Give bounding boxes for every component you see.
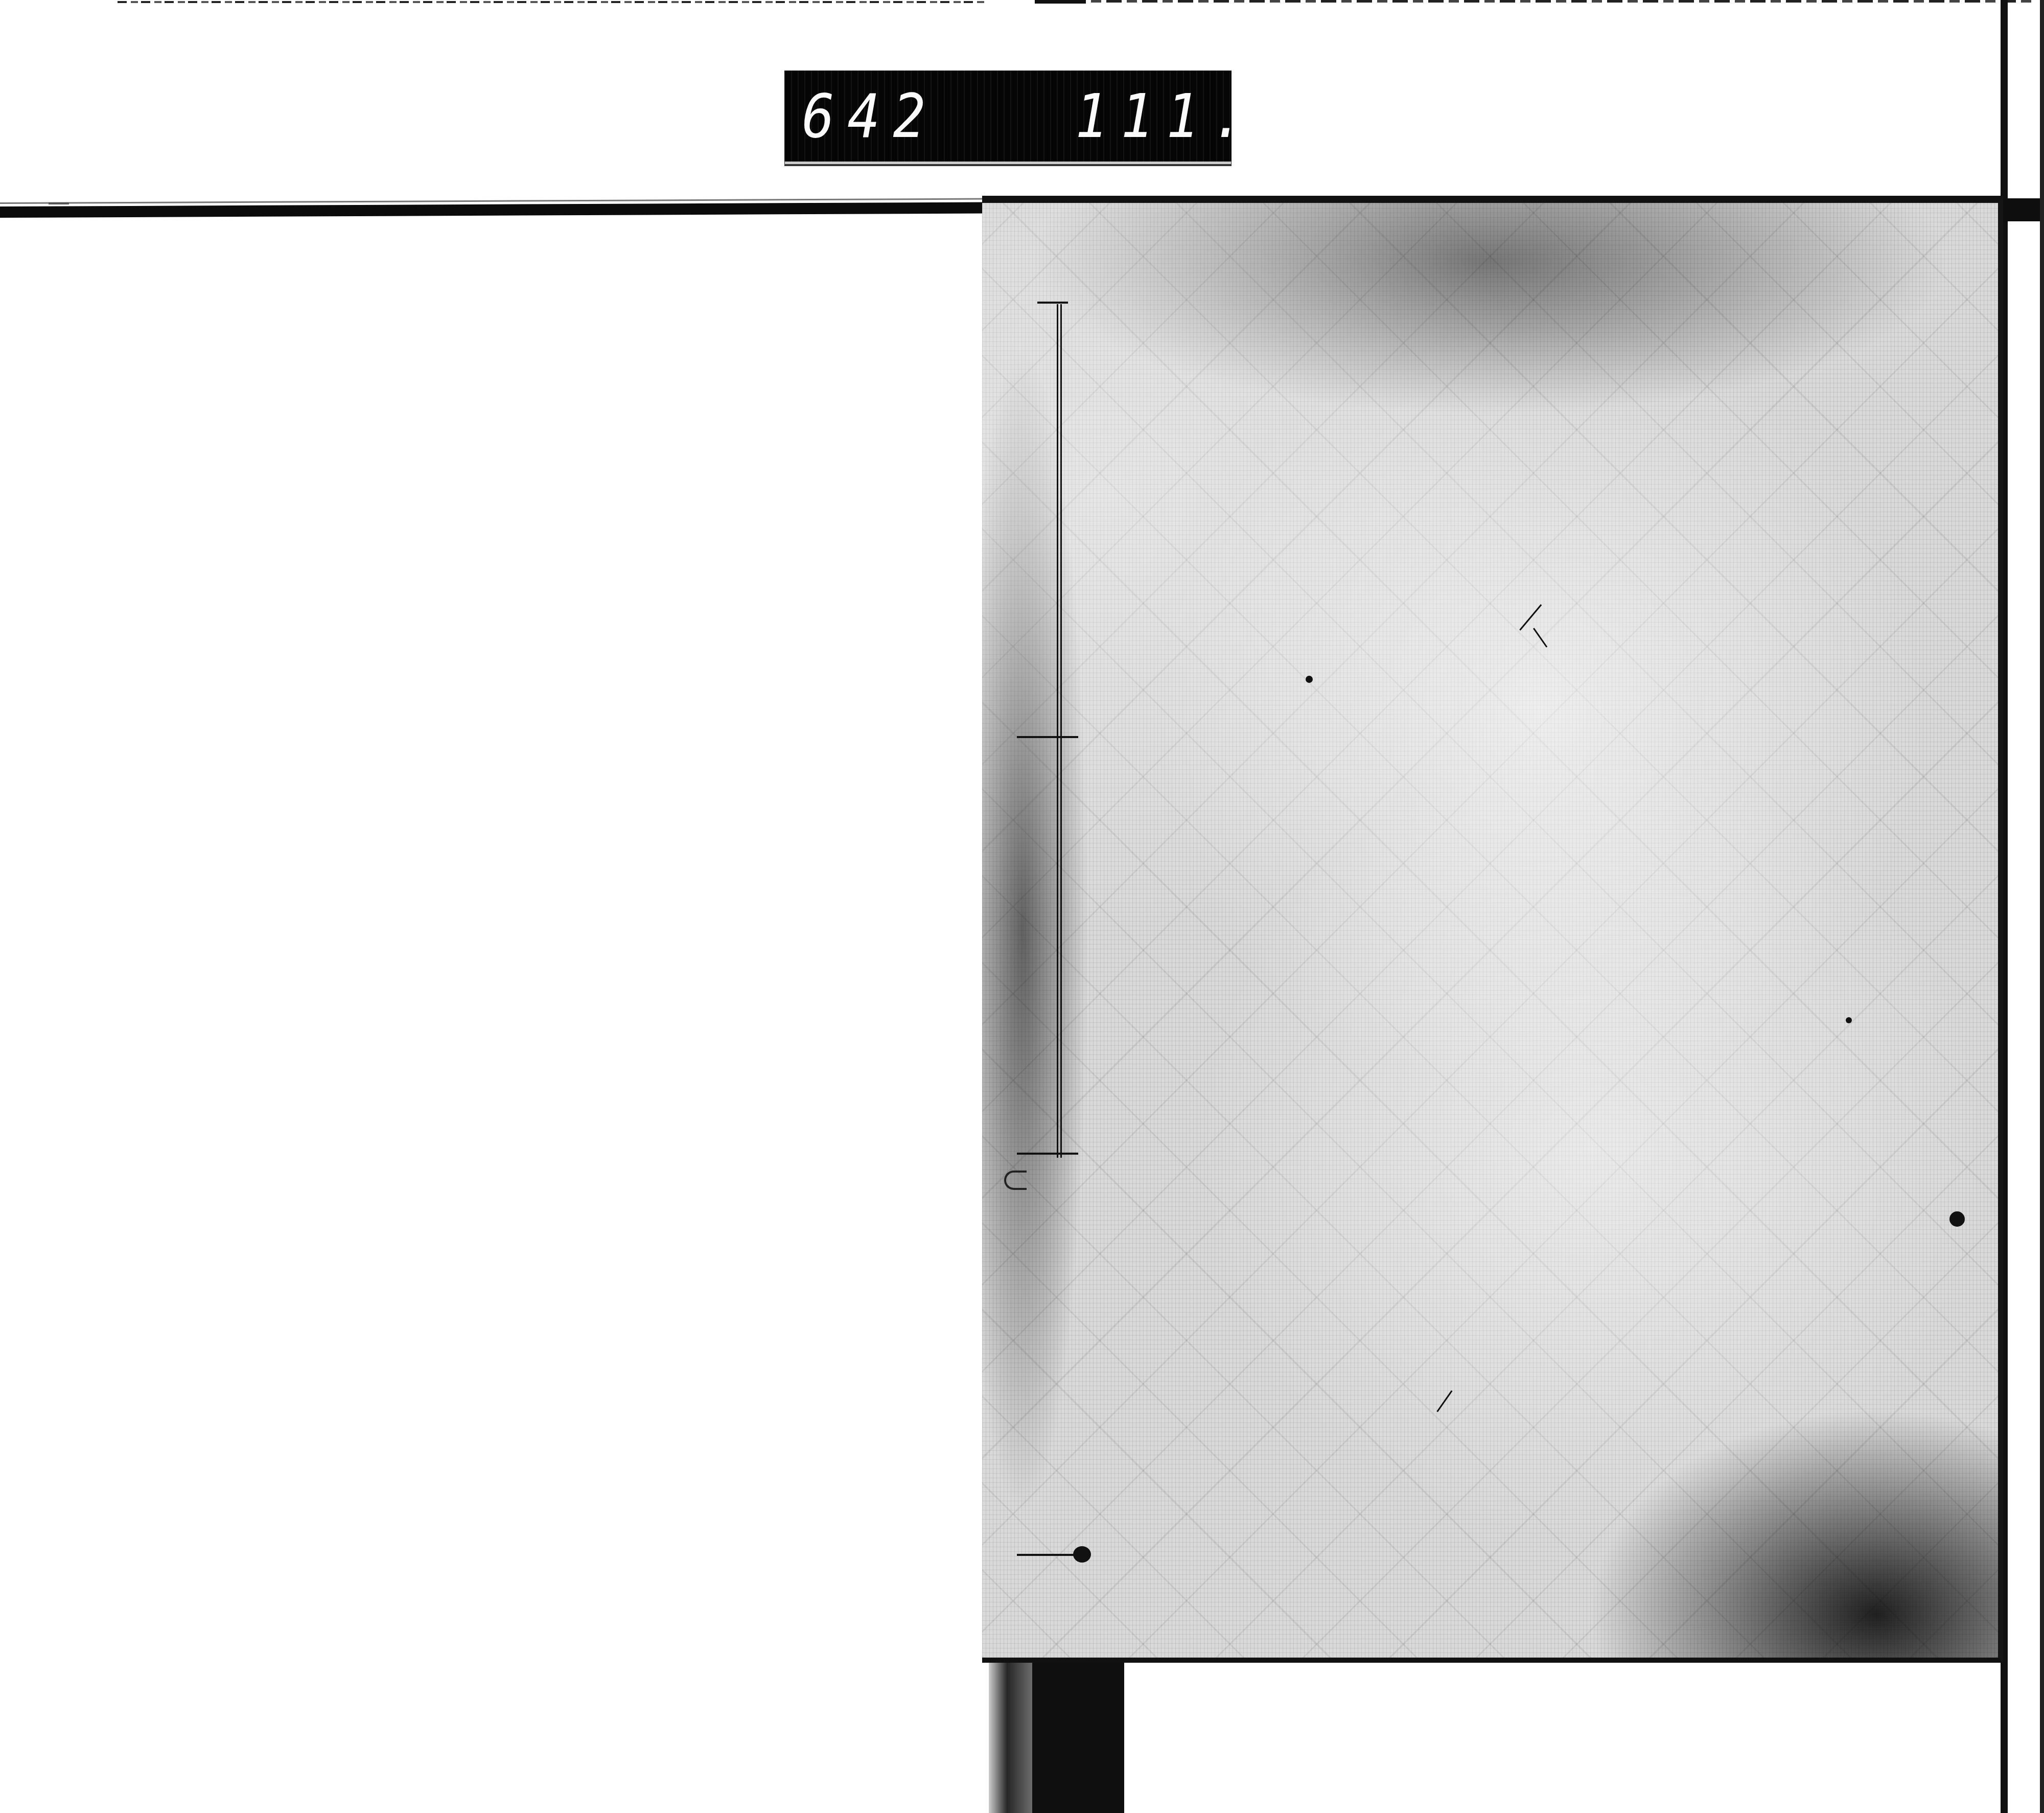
binding-loop [1004,1171,1027,1190]
cover-blot [1306,676,1313,683]
binding-knot [1073,1546,1091,1563]
right-edge-stub [1998,198,2044,221]
blank-left-page [0,220,981,1813]
scan-edge-top-right [1035,0,2031,3]
scan-speck [49,202,69,204]
binding-stitch-1 [1037,302,1068,304]
spine-strip-bottom [1032,1663,1124,1813]
binding-stitch-2 [1017,736,1078,738]
cover-blot [1846,1017,1852,1023]
right-film-border [2040,0,2044,1813]
left-page-top-rule [0,202,1012,218]
frame-number-text: 642 111. [784,71,1187,162]
frame-number-label: 642 111. [784,71,1232,162]
binding-stitch-3 [1017,1153,1078,1155]
scan-edge-top-left [118,1,986,3]
book-cover [982,196,2003,1663]
binding-thread [1057,304,1062,1158]
cover-blot [1949,1211,1965,1227]
